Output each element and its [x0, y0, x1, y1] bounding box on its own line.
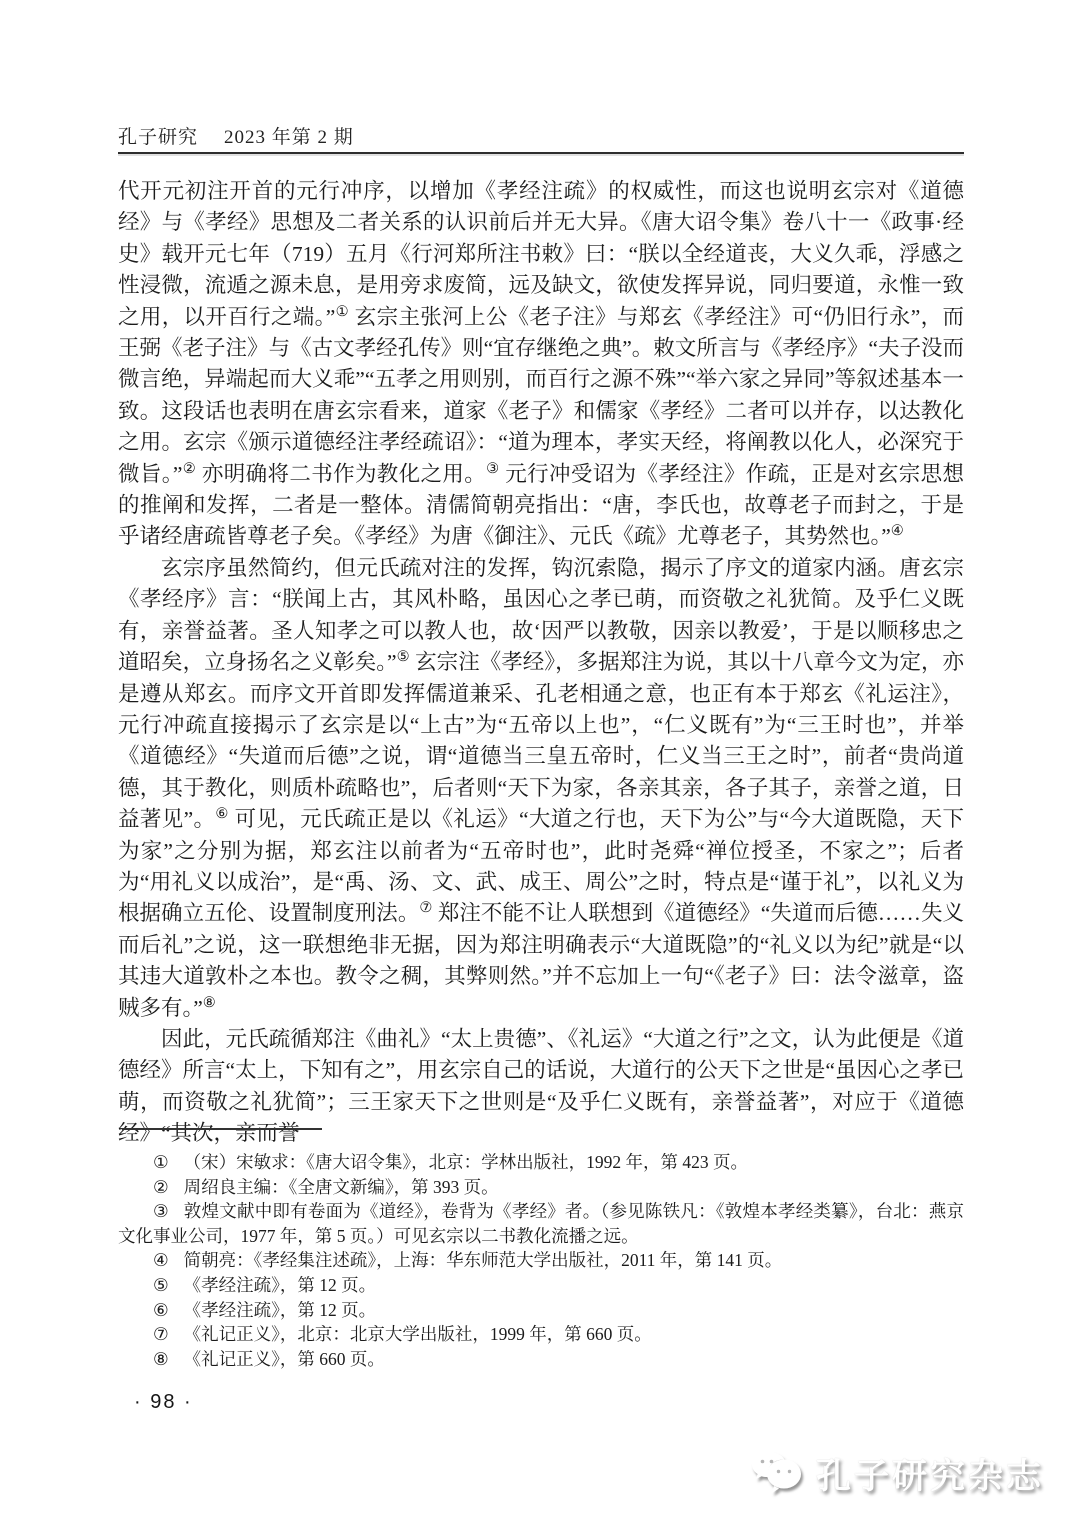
wechat-icon [748, 1448, 806, 1500]
footnote: ③敦煌文献中即有卷面为《道经》，卷背为《孝经》者。（参见陈铁凡：《敦煌本孝经类纂… [118, 1199, 964, 1248]
footnote-text: 周绍良主编：《全唐文新编》，第 393 页。 [184, 1177, 499, 1197]
footnote-marker: ② [153, 1177, 169, 1197]
watermark-label: 孔子研究杂志 [816, 1449, 1044, 1499]
page-header: 孔子研究2023 年第 2 期 [118, 122, 963, 149]
footnote-text: 《礼记正义》，第 660 页。 [184, 1349, 385, 1369]
page-number: · 98 · [134, 1391, 193, 1414]
footnote-text: 敦煌文献中即有卷面为《道经》，卷背为《孝经》者。（参见陈铁凡：《敦煌本孝经类纂》… [118, 1201, 964, 1246]
footnote: ⑤《孝经注疏》，第 12 页。 [118, 1273, 964, 1298]
footnote: ②周绍良主编：《全唐文新编》，第 393 页。 [118, 1175, 964, 1200]
footnote-marker: ④ [153, 1250, 169, 1270]
journal-title: 孔子研究 [118, 127, 198, 148]
watermark: 孔子研究杂志 [748, 1448, 1044, 1500]
footnote: ⑥《孝经注疏》，第 12 页。 [118, 1298, 964, 1323]
footnote-marker: ⑧ [153, 1349, 169, 1369]
footnote: ④简朝亮：《孝经集注述疏》，上海：华东师范大学出版社，2011 年，第 141 … [118, 1248, 964, 1273]
footnotes-section: ①（宋）宋敏求：《唐大诏令集》，北京：学林出版社，1992 年，第 423 页。… [118, 1128, 964, 1371]
footnote-text: 简朝亮：《孝经集注述疏》，上海：华东师范大学出版社，2011 年，第 141 页… [184, 1250, 783, 1270]
footnote-marker: ⑤ [153, 1275, 169, 1295]
footnote-marker: ③ [153, 1201, 169, 1221]
footnote-text: 《孝经注疏》，第 12 页。 [184, 1275, 377, 1295]
footnote-marker: ⑦ [153, 1324, 169, 1344]
footnote-text: （宋）宋敏求：《唐大诏令集》，北京：学林出版社，1992 年，第 423 页。 [184, 1152, 748, 1172]
body-paragraph: 代开元初注开首的元行冲序，以增加《孝经注疏》的权威性，而这也说明玄宗对《道德经》… [118, 176, 964, 553]
footnote-text: 《孝经注疏》，第 12 页。 [184, 1300, 377, 1320]
journal-page: 孔子研究2023 年第 2 期 代开元初注开首的元行冲序，以增加《孝经注疏》的权… [0, 0, 1080, 1526]
footnote-marker: ① [153, 1152, 169, 1172]
footnote-text: 《礼记正义》，北京：北京大学出版社，1999 年，第 660 页。 [184, 1324, 652, 1344]
issue-info: 2023 年第 2 期 [224, 127, 354, 148]
footnote-separator [122, 1128, 322, 1130]
footnote-marker: ⑥ [153, 1300, 169, 1320]
header-rule [118, 152, 964, 154]
body-paragraph: 玄宗序虽然简约，但元氏疏对注的发挥，钩沉索隐，揭示了序文的道家内涵。唐玄宗《孝经… [118, 553, 964, 1024]
footnote: ⑦《礼记正义》，北京：北京大学出版社，1999 年，第 660 页。 [118, 1322, 964, 1347]
article-body: 代开元初注开首的元行冲序，以增加《孝经注疏》的权威性，而这也说明玄宗对《道德经》… [118, 176, 964, 1150]
footnote: ①（宋）宋敏求：《唐大诏令集》，北京：学林出版社，1992 年，第 423 页。 [118, 1150, 964, 1175]
footnote: ⑧《礼记正义》，第 660 页。 [118, 1347, 964, 1372]
